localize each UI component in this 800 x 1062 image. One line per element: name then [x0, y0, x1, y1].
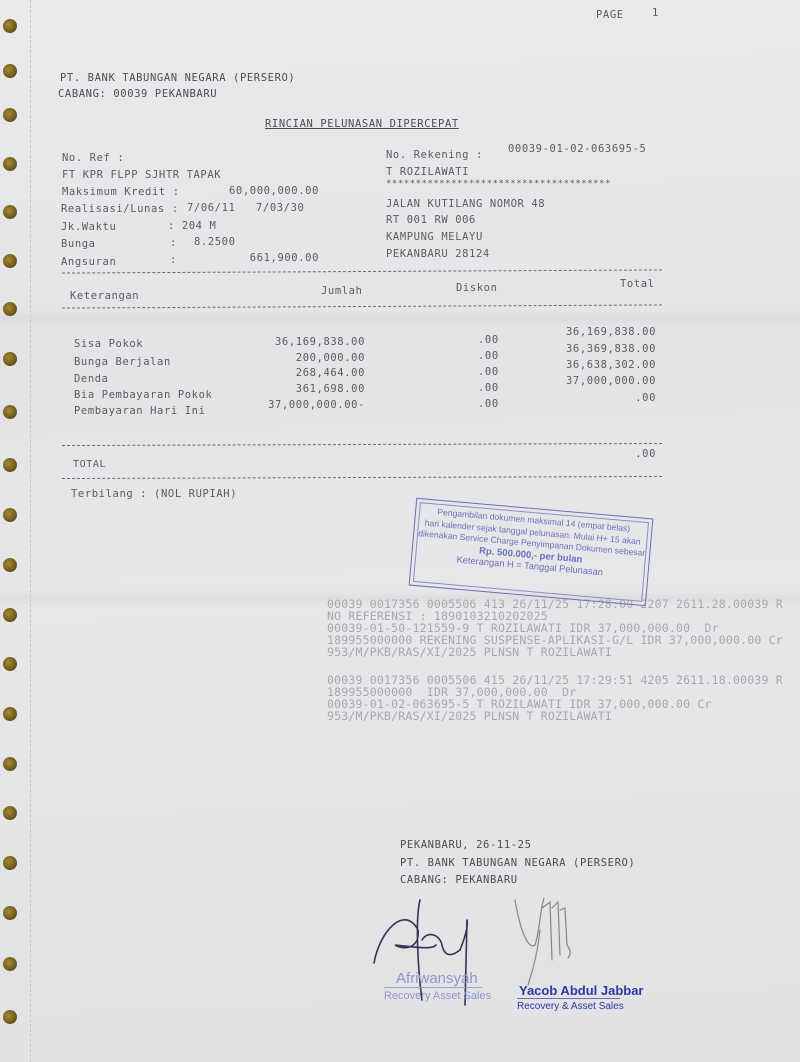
document-page: PAGE 1 PT. BANK TABUNGAN NEGARA (PERSERO… [0, 0, 800, 1062]
document-title: RINCIAN PELUNASAN DIPERCEPAT [265, 118, 459, 130]
bank-name: PT. BANK TABUNGAN NEGARA (PERSERO) [60, 72, 295, 84]
installment-value: 661,900.00 [220, 252, 319, 264]
signatory-1-title: Recovery Asset Sales [384, 990, 491, 1002]
hole-icon [3, 1010, 17, 1024]
realization-date: 7/06/11 [187, 202, 235, 214]
row-discount: .00 [478, 366, 499, 378]
perforation-line [30, 0, 32, 1062]
col-header-description: Keterangan [70, 290, 139, 302]
col-header-amount: Jumlah [321, 285, 363, 297]
hole-icon [3, 352, 17, 366]
page-number: 1 [652, 7, 659, 19]
signatory-2-rule [517, 998, 620, 999]
term-value: : 204 M [168, 220, 216, 232]
signatory-1-name: Afriwansyah [396, 970, 478, 987]
footer-branch: CABANG: PEKANBARU [400, 874, 518, 886]
max-credit-value: 60,000,000.00 [200, 185, 319, 197]
row-description: Bunga Berjalan [74, 356, 171, 368]
row-total: 36,638,302.00 [540, 359, 656, 371]
realization-label: Realisasi/Lunas : [61, 203, 179, 215]
hole-icon [3, 558, 17, 572]
hole-icon [3, 608, 17, 622]
address-line-2: RT 001 RW 006 [386, 214, 476, 226]
row-description: Pembayaran Hari Ini [74, 405, 206, 417]
address-line-3: KAMPUNG MELAYU [386, 231, 483, 243]
signatory-2-title: Recovery & Asset Sales [517, 1001, 624, 1012]
hole-icon [3, 806, 17, 820]
hole-icon [3, 19, 17, 33]
signatory-2-name: Yacob Abdul Jabbar [519, 983, 644, 998]
col-header-total: Total [620, 278, 655, 290]
row-discount: .00 [478, 350, 499, 362]
row-description: Bia Pembayaran Pokok [74, 389, 212, 401]
interest-value: 8.2500 [194, 236, 236, 248]
row-amount: 36,169,838.00 [240, 336, 365, 348]
bank-branch: CABANG: 00039 PEKANBARU [58, 88, 217, 100]
hole-icon [3, 458, 17, 472]
divider [62, 476, 662, 479]
divider [62, 269, 662, 273]
hole-icon [3, 757, 17, 771]
address-line-4: PEKANBARU 28124 [386, 248, 490, 260]
divider [62, 304, 662, 308]
row-description: Denda [74, 373, 109, 385]
total-value: .00 [560, 448, 656, 460]
signatory-1-rule [384, 987, 482, 988]
hole-icon [3, 64, 17, 78]
hole-icon [3, 108, 17, 122]
row-discount: .00 [478, 382, 499, 394]
row-discount: .00 [478, 398, 499, 410]
installment-label: Angsuran [61, 256, 116, 268]
hole-icon [3, 906, 17, 920]
hole-icon [3, 205, 17, 219]
hole-icon [3, 254, 17, 268]
ref-label: No. Ref : [62, 152, 124, 164]
account-number: 00039-01-02-063695-5 [508, 143, 646, 155]
footer-bank-name: PT. BANK TABUNGAN NEGARA (PERSERO) [400, 857, 635, 869]
row-amount: 361,698.00 [240, 383, 365, 395]
page-label: PAGE [596, 9, 624, 21]
hole-icon [3, 302, 17, 316]
account-holder: T ROZILAWATI [386, 166, 469, 178]
col-header-discount: Diskon [456, 282, 498, 294]
row-amount: 37,000,000.00- [240, 399, 365, 411]
hole-icon [3, 856, 17, 870]
row-total: 37,000,000.00 [540, 375, 656, 387]
hole-icon [3, 657, 17, 671]
hole-icon [3, 508, 17, 522]
place-date: PEKANBARU, 26-11-25 [400, 839, 532, 851]
amount-in-words: Terbilang : (NOL RUPIAH) [71, 488, 237, 500]
payoff-date: 7/03/30 [256, 202, 304, 214]
total-label: TOTAL [73, 459, 106, 470]
interest-sep: : [170, 237, 177, 249]
row-total: 36,369,838.00 [540, 343, 656, 355]
account-number-label: No. Rekening : [386, 149, 483, 161]
account-separator-stars: ************************************** [386, 179, 611, 189]
row-amount: 200,000.00 [240, 352, 365, 364]
row-total: 36,169,838.00 [540, 326, 656, 338]
row-amount: 268,464.00 [240, 367, 365, 379]
divider [62, 443, 662, 446]
interest-label: Bunga [61, 238, 96, 250]
address-line-1: JALAN KUTILANG NOMOR 48 [386, 198, 545, 210]
loan-product: FT KPR FLPP SJHTR TAPAK [62, 169, 221, 181]
paper-fold [0, 310, 800, 326]
hole-icon [3, 405, 17, 419]
row-discount: .00 [478, 334, 499, 346]
validation-line: 953/M/PKB/RAS/XI/2025 PLNSN T ROZILAWATI [327, 710, 612, 722]
signature-yacob-icon [515, 898, 570, 985]
validation-line: 953/M/PKB/RAS/XI/2025 PLNSN T ROZILAWATI [327, 646, 612, 658]
hole-icon [3, 157, 17, 171]
row-description: Sisa Pokok [74, 338, 143, 350]
term-label: Jk.Waktu [61, 221, 116, 233]
row-total: .00 [540, 392, 656, 404]
hole-icon [3, 707, 17, 721]
hole-icon [3, 957, 17, 971]
installment-sep: : [170, 254, 177, 266]
max-credit-label: Maksimum Kredit : [62, 186, 180, 198]
